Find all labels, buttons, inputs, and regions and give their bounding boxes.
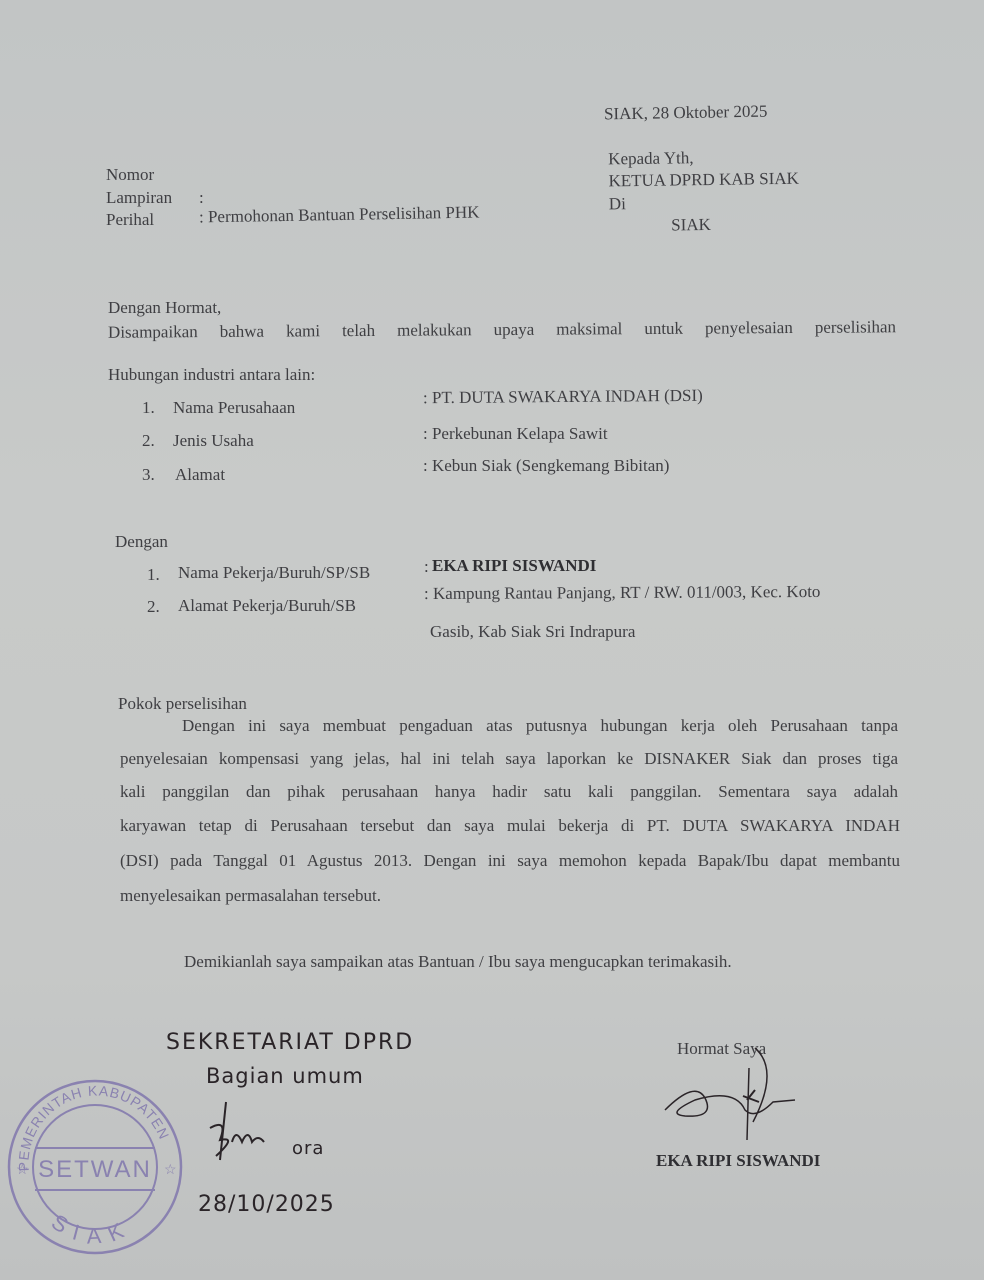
- worker-name-colon: :: [424, 557, 429, 577]
- worker-item-num: 2.: [147, 597, 160, 617]
- recipient-block: Kepada Yth, KETUA DPRD KAB SIAK Di SIAK: [0, 0, 984, 7]
- company-item-num: 3.: [142, 465, 155, 485]
- dispute-line: (DSI) pada Tanggal 01 Agustus 2013. Deng…: [120, 851, 900, 871]
- dispute-line: karyawan tetap di Perusahaan tersebut da…: [120, 816, 900, 836]
- company-item-label: Nama Perusahaan: [173, 398, 295, 418]
- company-item-label: Alamat: [175, 465, 225, 485]
- worker-item-label: Alamat Pekerja/Buruh/SB: [178, 596, 356, 616]
- perihal-value: : Permohonan Bantuan Perselisihan PHK: [199, 203, 480, 228]
- intro-line-1: Disampaikan bahwa kami telah melakukan u…: [108, 317, 896, 343]
- greeting: Dengan Hormat,: [108, 298, 221, 318]
- star-icon: ☆: [164, 1163, 177, 1178]
- perihal-label: Perihal: [106, 210, 154, 230]
- dispute-line: kali panggilan dan pihak perusahaan hany…: [120, 782, 898, 802]
- dispute-line: menyelesaikan permasalahan tersebut.: [120, 886, 381, 906]
- with-label: Dengan: [115, 532, 168, 552]
- recipient-line2: KETUA DPRD KAB SIAK: [608, 169, 799, 192]
- company-item-value: : PT. DUTA SWAKARYA INDAH (DSI): [423, 386, 703, 408]
- dispute-line: Dengan ini saya membuat pengaduan atas p…: [182, 716, 898, 736]
- worker-item-label: Nama Pekerja/Buruh/SP/SB: [178, 563, 370, 583]
- lampiran-value: :: [199, 188, 204, 208]
- worker-name: EKA RIPI SISWANDI: [432, 556, 596, 576]
- company-item-value: : Perkebunan Kelapa Sawit: [423, 424, 608, 444]
- intro-line-2: Hubungan industri antara lain:: [108, 365, 315, 385]
- company-item-num: 1.: [142, 398, 155, 418]
- recipient-line4: SIAK: [671, 215, 711, 236]
- nomor-label: Nomor: [106, 165, 154, 185]
- stamp-bottom-text: SIAK: [47, 1209, 136, 1248]
- signer-name: EKA RIPI SISWANDI: [656, 1151, 820, 1171]
- setwan-stamp: PEMERINTAH KABUPATEN SETWAN SIAK ☆ ☆: [4, 1076, 186, 1258]
- worker-address: : Kampung Rantau Panjang, RT / RW. 011/0…: [424, 582, 821, 604]
- receipt-note-date: 28/10/2025: [198, 1192, 335, 1217]
- recipient-line3: Di: [609, 194, 626, 214]
- stamp-center-text: SETWAN: [38, 1156, 152, 1183]
- dispute-heading: Pokok perselisihan: [118, 694, 247, 714]
- closing-sentence: Demikianlah saya sampaikan atas Bantuan …: [184, 952, 732, 972]
- worker-item-num: 1.: [147, 565, 160, 585]
- letter-date: SIAK, 28 Oktober 2025: [604, 102, 768, 125]
- receipt-note-line2: Bagian umum: [206, 1064, 364, 1088]
- company-item-num: 2.: [142, 431, 155, 451]
- svg-text:SIAK: SIAK: [47, 1209, 136, 1248]
- receipt-initial-signature: [198, 1098, 288, 1168]
- receipt-note-line1: SEKRETARIAT DPRD: [166, 1030, 414, 1055]
- receipt-note-line3: ora: [292, 1138, 324, 1159]
- lampiran-label: Lampiran: [106, 188, 172, 208]
- signature: [655, 1040, 805, 1150]
- worker-address-cont: Gasib, Kab Siak Sri Indrapura: [430, 622, 635, 642]
- star-icon: ☆: [16, 1163, 29, 1178]
- company-item-label: Jenis Usaha: [173, 431, 254, 451]
- recipient-line1: Kepada Yth,: [608, 148, 694, 169]
- dispute-line: penyelesaian kompensasi yang jelas, hal …: [120, 749, 898, 769]
- company-item-value: : Kebun Siak (Sengkemang Bibitan): [423, 456, 669, 476]
